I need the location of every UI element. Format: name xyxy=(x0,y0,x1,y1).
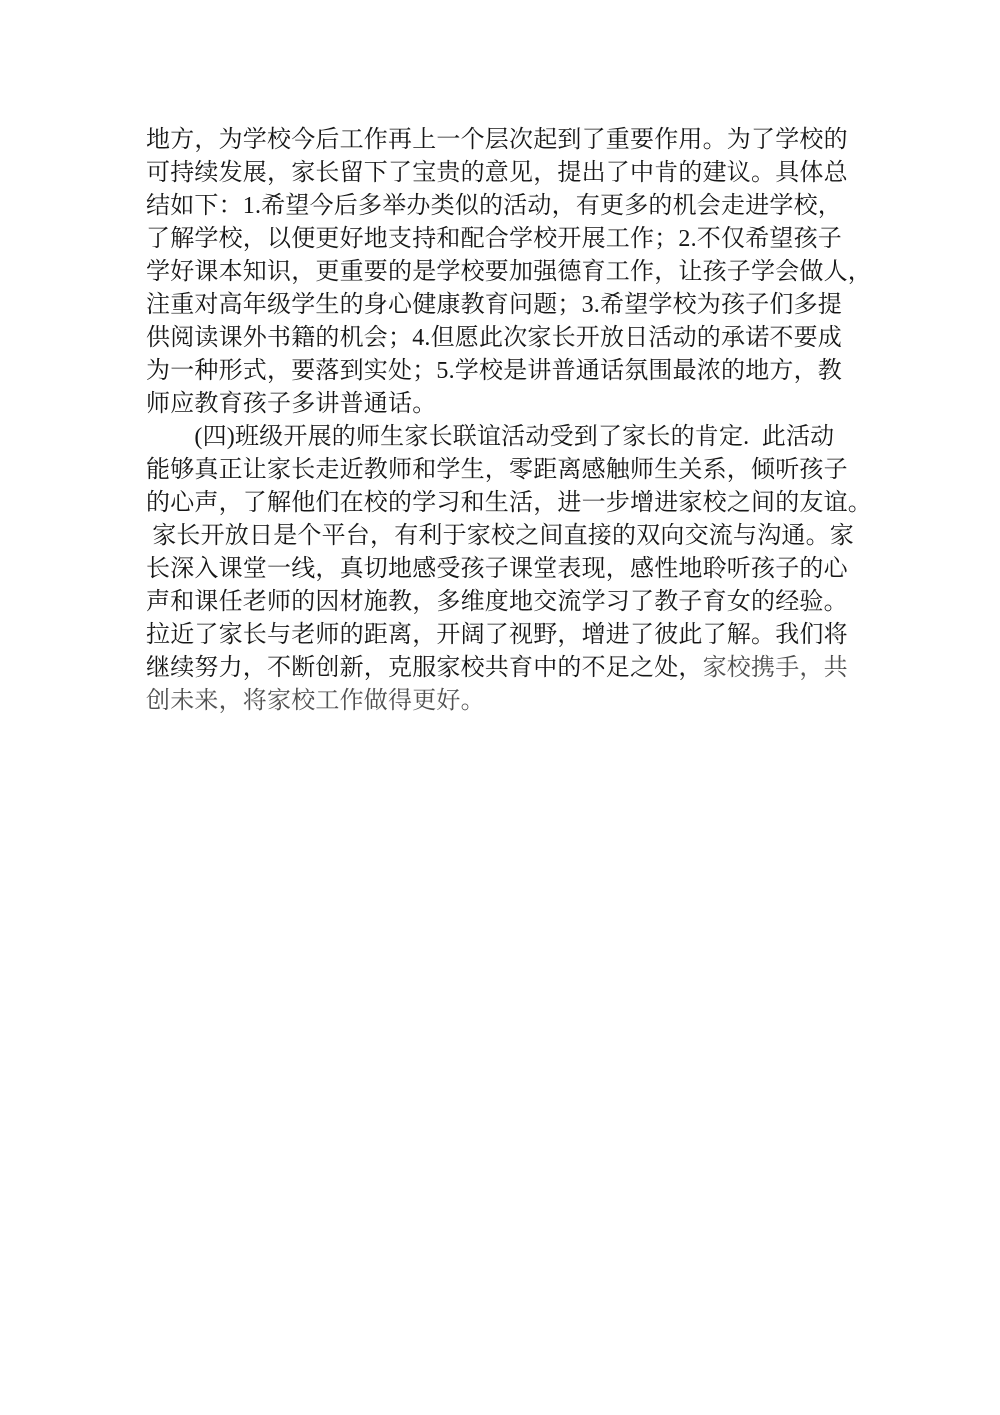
text-segment: 继续努力，不断创新，克服家校共育中的不足之处， xyxy=(146,655,703,681)
text-segment-light: 创未来，将家校工作做得更好。 xyxy=(146,688,485,714)
text-segment: 声和课任老师的因材施教，多维度地交流学习了教子育女的经验。 xyxy=(146,589,848,615)
text-segment: 师应教育孩子多讲普通话。 xyxy=(146,391,436,417)
text-segment: 注重对高年级学生的身心健康教育问题；3.希望学校为孩子们多提 xyxy=(146,292,842,318)
text-line: 地方，为学校今后工作再上一个层次起到了重要作用。为了学校的 xyxy=(146,124,862,157)
text-segment: 可持续发展，家长留下了宝贵的意见，提出了中肯的建议。具体总 xyxy=(146,160,848,186)
text-line: 创未来，将家校工作做得更好。 xyxy=(146,685,862,718)
text-line: 声和课任老师的因材施教，多维度地交流学习了教子育女的经验。 xyxy=(146,586,862,619)
text-segment: 拉近了家长与老师的距离，开阔了视野，增进了彼此了解。我们将 xyxy=(146,622,848,648)
text-segment: 了解学校，以便更好地支持和配合学校开展工作；2.不仅希望孩子 xyxy=(146,226,842,252)
text-line: 结如下：1.希望今后多举办类似的活动，有更多的机会走进学校， xyxy=(146,190,862,223)
text-segment: 供阅读课外书籍的机会；4.但愿此次家长开放日活动的承诺不要成 xyxy=(146,325,842,351)
text-line: 家长开放日是个平台，有利于家校之间直接的双向交流与沟通。家 xyxy=(146,520,862,553)
text-line: 的心声，了解他们在校的学习和生活，进一步增进家校之间的友谊。 xyxy=(146,487,862,520)
text-segment: 地方，为学校今后工作再上一个层次起到了重要作用。为了学校的 xyxy=(146,127,848,153)
text-segment-light: 家校携手，共 xyxy=(703,655,848,681)
document-page: 地方，为学校今后工作再上一个层次起到了重要作用。为了学校的可持续发展，家长留下了… xyxy=(0,0,1000,1415)
text-line: 继续努力，不断创新，克服家校共育中的不足之处，家校携手，共 xyxy=(146,652,862,685)
text-line: 师应教育孩子多讲普通话。 xyxy=(146,388,862,421)
text-segment: 学好课本知识，更重要的是学校要加强德育工作，让孩子学会做人， xyxy=(146,259,872,285)
text-segment: 能够真正让家长走近教师和学生，零距离感触师生关系，倾听孩子 xyxy=(146,457,848,483)
text-line: (四)班级开展的师生家长联谊活动受到了家长的肯定. 此活动 xyxy=(146,421,862,454)
text-segment: 家长开放日是个平台，有利于家校之间直接的双向交流与沟通。家 xyxy=(146,523,854,549)
text-segment: (四)班级开展的师生家长联谊活动受到了家长的肯定. 此活动 xyxy=(146,424,834,450)
text-segment: 长深入课堂一线，真切地感受孩子课堂表现，感性地聆听孩子的心 xyxy=(146,556,848,582)
text-segment: 的心声，了解他们在校的学习和生活，进一步增进家校之间的友谊。 xyxy=(146,490,872,516)
text-line: 供阅读课外书籍的机会；4.但愿此次家长开放日活动的承诺不要成 xyxy=(146,322,862,355)
text-line: 能够真正让家长走近教师和学生，零距离感触师生关系，倾听孩子 xyxy=(146,454,862,487)
text-line: 可持续发展，家长留下了宝贵的意见，提出了中肯的建议。具体总 xyxy=(146,157,862,190)
text-line: 了解学校，以便更好地支持和配合学校开展工作；2.不仅希望孩子 xyxy=(146,223,862,256)
text-line: 拉近了家长与老师的距离，开阔了视野，增进了彼此了解。我们将 xyxy=(146,619,862,652)
text-segment: 为一种形式，要落到实处；5.学校是讲普通话氛围最浓的地方，教 xyxy=(146,358,842,384)
text-line: 注重对高年级学生的身心健康教育问题；3.希望学校为孩子们多提 xyxy=(146,289,862,322)
text-segment: 结如下：1.希望今后多举办类似的活动，有更多的机会走进学校， xyxy=(146,193,842,219)
text-line: 长深入课堂一线，真切地感受孩子课堂表现，感性地聆听孩子的心 xyxy=(146,553,862,586)
text-line: 为一种形式，要落到实处；5.学校是讲普通话氛围最浓的地方，教 xyxy=(146,355,862,388)
text-line: 学好课本知识，更重要的是学校要加强德育工作，让孩子学会做人， xyxy=(146,256,862,289)
document-body: 地方，为学校今后工作再上一个层次起到了重要作用。为了学校的可持续发展，家长留下了… xyxy=(146,124,862,718)
